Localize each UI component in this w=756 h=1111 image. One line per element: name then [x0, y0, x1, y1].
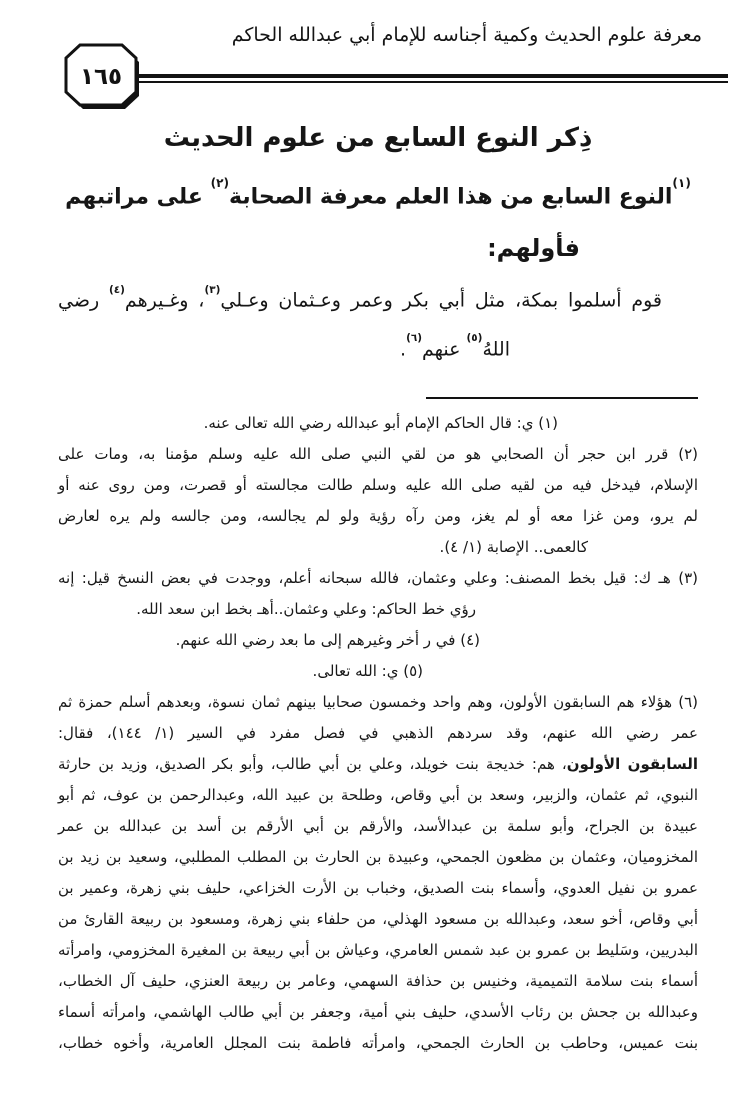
footnote-6-line-8: أبي وقاص، أخو سعد، وعبدالله بن مسعود اله… — [58, 904, 698, 935]
footnote-ref-4: (٤) — [109, 284, 125, 296]
section-heading-text-2: على مراتبهم — [65, 184, 210, 209]
footnote-separator — [426, 397, 698, 399]
footnote-2-line-2: الإسلام، فيدخل فيه من لقيه صلى الله عليه… — [58, 470, 698, 501]
footnote-ref-1: (١) — [672, 176, 690, 190]
footnote-ref-3: (٣) — [204, 284, 220, 296]
footnote-2-line-3: لم يرو، ومن غزا معه أو لم يغز، ومن رآه ر… — [58, 501, 698, 532]
section-heading-text-1: النوع السابع من هذا العلم معرفة الصحابة — [229, 184, 672, 209]
footnote-3-line-1: (٣) هـ ك: قيل بخط المصنف: وعلي وعثمان، ف… — [58, 563, 698, 594]
footnote-5: (٥) ي: الله تعالى. — [58, 656, 698, 687]
body-text-4: اللهُ — [482, 338, 510, 360]
body-text-2: ، وغـيرهم — [125, 290, 205, 312]
footnote-6-line-9: البدريين، وسَليط بن عمرو بن عبد شمس العا… — [58, 935, 698, 966]
body-text-5: عنهم — [422, 338, 467, 360]
footnote-6-line-10: أسماء بنت سلامة التميمية، وخنيس بن حذافة… — [58, 966, 698, 997]
footnote-6-line-1: (٦) هؤلاء هم السابقون الأولون، وهم واحد … — [58, 687, 698, 718]
page-number: ١٦٥ — [80, 64, 122, 90]
body-paragraph-line-2: اللهُ(٥) عنهم(٦). — [58, 323, 698, 371]
footnote-6-line-5: عبيدة بن الجراح، وأبو سلمة بن عبدالأسد، … — [58, 811, 698, 842]
footnote-6-line-6: المخزوميان، وعثمان بن مظعون الجمحي، وعبي… — [58, 842, 698, 873]
footnote-6-line-3: السابقون الأولون، هم: خديجة بنت خويلد، و… — [58, 749, 698, 780]
book-page: معرفة علوم الحديث وكمية أجناسه للإمام أب… — [0, 0, 756, 1111]
header-rule-thick-line — [138, 74, 728, 78]
footnote-ref-6: (٦) — [406, 332, 422, 344]
lead-word: فأولهم: — [58, 228, 698, 268]
footnote-1: (١) ي: قال الحاكم الإمام أبو عبدالله رضي… — [58, 408, 698, 439]
footnote-6-line-11: وعبدالله بن جحش بن رئاب الأسدي، حليف بني… — [58, 997, 698, 1028]
footnote-6-bold-lead: السابقون الأولون — [567, 755, 698, 773]
footnotes-section: (١) ي: قال الحاكم الإمام أبو عبدالله رضي… — [58, 408, 698, 1059]
page-header: معرفة علوم الحديث وكمية أجناسه للإمام أب… — [0, 0, 756, 112]
page-number-badge: ١٦٥ — [62, 42, 142, 112]
footnote-4: (٤) في ر أخر وغيرهم إلى ما بعد رضي الله … — [58, 625, 698, 656]
footnote-ref-2: (٢) — [211, 176, 229, 190]
footnote-6-line-2: عمر رضي الله عنهم، وقد سردهم الذهبي في ف… — [58, 718, 698, 749]
footnote-ref-5: (٥) — [467, 332, 483, 344]
footnote-2-line-1: (٢) قرر ابن حجر أن الصحابي هو من لقي الن… — [58, 439, 698, 470]
body-text-3: رضي — [58, 290, 109, 312]
body-text-1: قوم أسلموا بمكة، مثل أبي بكر وعمر وعـثما… — [220, 290, 662, 312]
book-title: معرفة علوم الحديث وكمية أجناسه للإمام أب… — [232, 24, 702, 46]
header-rule — [138, 74, 728, 83]
section-heading: (١)النوع السابع من هذا العلم معرفة الصحا… — [58, 170, 698, 218]
footnote-2-line-4: كالعمى.. الإصابة (١/ ٤). — [58, 532, 698, 563]
header-rule-thin-line — [138, 81, 728, 83]
footnote-3-line-2: رؤي خط الحاكم: وعلي وعثمان..أهـ بخط ابن … — [58, 594, 698, 625]
footnote-6-line-12: بنت عميس، وحاطب بن الحارث الجمحي، وامرأت… — [58, 1028, 698, 1059]
footnote-6-line-3-text: ، هم: خديجة بنت خويلد، وعلي بن أبي طالب،… — [58, 755, 567, 773]
body-paragraph-line-1: قوم أسلموا بمكة، مثل أبي بكر وعمر وعـثما… — [58, 274, 698, 322]
footnote-6-line-4: النبوي، ثم عثمان، والزبير، وسعد بن أبي و… — [58, 780, 698, 811]
footnote-6-line-7: عمرو بن نفيل العدوي، وأسماء بنت الصديق، … — [58, 873, 698, 904]
page-body: ذِكر النوع السابع من علوم الحديث (١)النو… — [0, 116, 756, 1059]
chapter-heading: ذِكر النوع السابع من علوم الحديث — [58, 116, 698, 160]
